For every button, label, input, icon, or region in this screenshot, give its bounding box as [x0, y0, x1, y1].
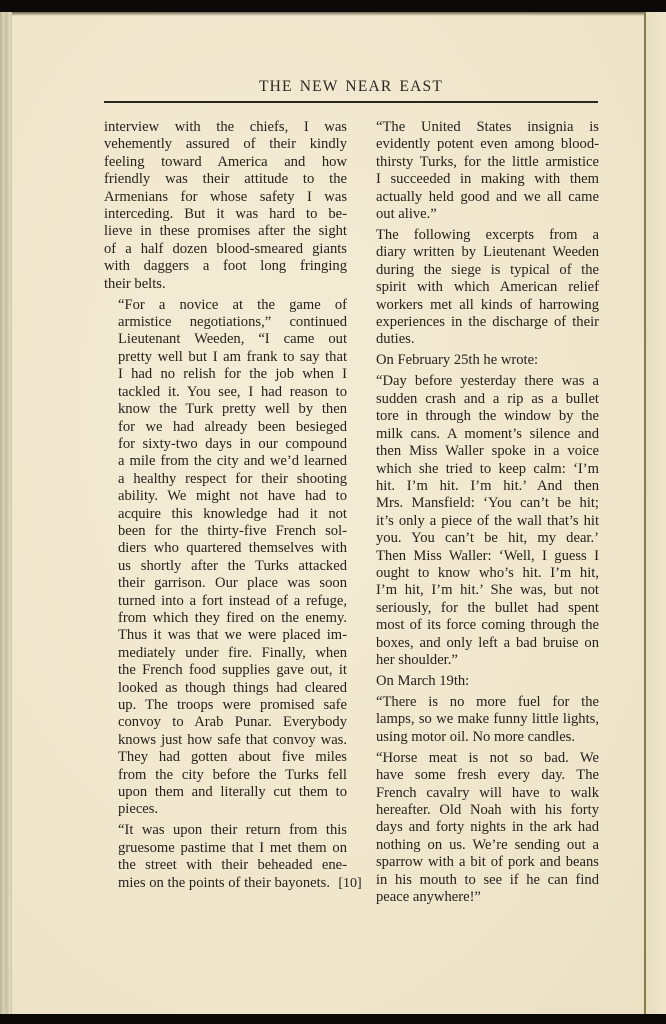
text-line: sparrow with a bit of pork and beans: [362, 854, 599, 871]
text-line: most of its force coming through the: [362, 617, 599, 634]
text-line: diary written by Lieutenant Weeden: [362, 244, 599, 261]
page-edge-right: [646, 12, 666, 1014]
text-line: of a half dozen blood-smeared giants: [104, 241, 347, 258]
text-line: for we had already been besieged: [104, 419, 347, 436]
text-line: have some fresh every day. The: [362, 767, 599, 784]
text-line: “Horse meat is not so bad. We: [362, 750, 599, 767]
text-line: upon them and literally cut them to: [104, 784, 347, 801]
text-line: sudden crash and a rip as a bullet: [362, 391, 599, 408]
text-line: duties.: [362, 331, 599, 348]
text-line: thirsty Turks, for the little armistice: [362, 154, 599, 171]
text-line: “Day before yesterday there was a: [362, 373, 599, 390]
text-line: the street with their beheaded ene-: [104, 857, 347, 874]
text-line: “For a novice at the game of: [104, 297, 347, 314]
text-line: for sixty-two days in our compound: [104, 436, 347, 453]
top-shadow: [0, 12, 666, 16]
paragraph: On March 19th:: [362, 673, 599, 690]
paragraph: interview with the chiefs, I wasvehement…: [104, 119, 347, 293]
text-line: workers met all kinds of harrowing: [362, 297, 599, 314]
text-line: with daggers a foot long fringing: [104, 258, 347, 275]
text-line: it’s only a piece of the wall that’s hit: [362, 513, 599, 530]
text-line: evidently potent even among blood-: [362, 136, 599, 153]
text-line: “There is no more fuel for the: [362, 694, 599, 711]
text-line: I had no relish for the job when I: [104, 366, 347, 383]
text-line: her shoulder.”: [362, 652, 599, 669]
text-line: you. You can’t be hit, my dear.’: [362, 530, 599, 547]
text-line: lamps, so we make funny little lights,: [362, 711, 599, 728]
text-line: acquire this knowledge had it not: [104, 506, 347, 523]
text-line: interceding. But it was hard to be-: [104, 206, 347, 223]
text-line: their belts.: [104, 276, 347, 293]
text-line: turned into a fort instead of a refuge,: [104, 593, 347, 610]
text-line: tore in through the window by the: [362, 408, 599, 425]
text-line: They had gotten about five miles: [104, 749, 347, 766]
text-line: know the Turk pretty well by then: [104, 401, 347, 418]
text-line: the French food supplies gave out, it: [104, 662, 347, 679]
header-rule: [104, 101, 598, 103]
text-line: which she tried to keep calm: ‘I’m: [362, 461, 599, 478]
text-line: diers who quartered themselves with: [104, 540, 347, 557]
text-line: I’m hit, I’m hit.’ She was, but not: [362, 582, 599, 599]
text-line: been for the thirty-five French sol-: [104, 523, 347, 540]
paragraph: “For a novice at the game ofarmistice ne…: [104, 297, 347, 819]
text-line: milk cans. A moment’s silence and: [362, 426, 599, 443]
text-line: Mrs. Mansfield: ‘You can’t be hit;: [362, 495, 599, 512]
text-line: armistice negotiations,” continued: [104, 314, 347, 331]
text-line: knows just how safe that convoy was.: [104, 732, 347, 749]
text-line: then Miss Waller spoke in a voice: [362, 443, 599, 460]
text-line: from which they fired on the enemy.: [104, 610, 347, 627]
text-line: actually held good and we all came: [362, 189, 599, 206]
text-line: nothing on us. We’re sending out a: [362, 837, 599, 854]
text-line: “It was upon their return from this: [104, 822, 347, 839]
page-number: [10]: [300, 876, 400, 892]
paragraph: “There is no more fuel for thelamps, so …: [362, 694, 599, 746]
text-line: Lieutenant Weeden, “I came out: [104, 331, 347, 348]
text-line: interview with the chiefs, I was: [104, 119, 347, 136]
text-line: “The United States insignia is: [362, 119, 599, 136]
text-line: On February 25th he wrote:: [362, 352, 599, 369]
text-line: hit. I’m hit. I’m hit.’ And then: [362, 478, 599, 495]
text-line: vehemently assured of their kindly: [104, 136, 347, 153]
text-line: lieve in these promises after the sight: [104, 223, 347, 240]
text-line: friendly was their attitude to the: [104, 171, 347, 188]
text-line: Armenians for whose safety I was: [104, 189, 347, 206]
text-line: a mile from the city and we’d learned: [104, 453, 347, 470]
text-line: from the city before the Turks fell: [104, 767, 347, 784]
text-line: mediately under fire. Finally, when: [104, 645, 347, 662]
paragraph: “The United States insignia isevidently …: [362, 119, 599, 223]
running-header: THE NEW NEAR EAST: [104, 78, 598, 96]
text-line: feeling toward America and how: [104, 154, 347, 171]
text-line: Then Miss Waller: ‘Well, I guess I: [362, 548, 599, 565]
text-line: looked as though things had cleared: [104, 680, 347, 697]
text-line: pretty well but I am frank to say that: [104, 349, 347, 366]
text-line: hereafter. Old Noah with his forty: [362, 802, 599, 819]
left-column: interview with the chiefs, I wasvehement…: [104, 119, 347, 896]
text-line: up. The troops were promised safe: [104, 697, 347, 714]
text-line: us shortly after the Turks attacked: [104, 558, 347, 575]
text-line: seriously, for the bullet had spent: [362, 600, 599, 617]
text-line: days and forty nights in the ark had: [362, 819, 599, 836]
text-line: boxes, and only left a bad bruise on: [362, 635, 599, 652]
text-line: using motor oil. No more candles.: [362, 729, 599, 746]
text-line: I succeeded in making with them: [362, 171, 599, 188]
text-line: ought to know who’s hit. I’m hit,: [362, 565, 599, 582]
text-line: spirit with which American relief: [362, 279, 599, 296]
text-line: The following excerpts from a: [362, 227, 599, 244]
text-line: ability. We might not have had to: [104, 488, 347, 505]
right-column: “The United States insignia isevidently …: [362, 119, 599, 910]
page-edge-left: [0, 12, 12, 1014]
paragraph: “Day before yesterday there was asudden …: [362, 373, 599, 669]
text-line: tackled it. You see, I had reason to: [104, 384, 347, 401]
paragraph: The following excerpts from adiary writt…: [362, 227, 599, 349]
text-line: convoy to Arab Punar. Everybody: [104, 714, 347, 731]
paragraph: On February 25th he wrote:: [362, 352, 599, 369]
text-line: Thus it was that we were placed im-: [104, 627, 347, 644]
text-line: during the siege is typical of the: [362, 262, 599, 279]
text-line: a healthy respect for their shooting: [104, 471, 347, 488]
text-line: their garrison. Our place was soon: [104, 575, 347, 592]
text-line: On March 19th:: [362, 673, 599, 690]
text-line: experiences in the discharge of their: [362, 314, 599, 331]
text-line: pieces.: [104, 801, 347, 818]
text-line: gruesome pastime that I met them on: [104, 840, 347, 857]
text-line: French cavalry will have to walk: [362, 785, 599, 802]
text-line: out alive.”: [362, 206, 599, 223]
